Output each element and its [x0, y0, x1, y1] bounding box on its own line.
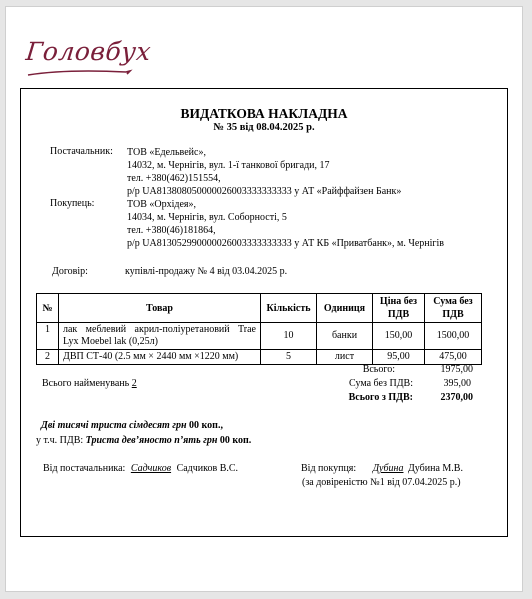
- cell-no: 1: [37, 323, 59, 350]
- grand-total-label: Всього з ПДВ:: [349, 392, 413, 403]
- vat-words: Триста дев’яносто п’ять грн: [86, 435, 218, 446]
- table-header-row: № Товар Кількість Одиниця Ціна без ПДВ С…: [37, 294, 482, 323]
- grand-total-value: 2370,00: [441, 392, 474, 403]
- vat-in-words: у т.ч. ПДВ: Триста дев’яносто п’ять грн …: [36, 435, 251, 446]
- supplier-label: Постачальник:: [50, 146, 113, 157]
- document-subtitle: № 35 від 08.04.2025 р.: [21, 122, 507, 133]
- column-header: Ціна без ПДВ: [373, 294, 425, 323]
- supplier-signature-mark: Садчиков: [131, 463, 171, 474]
- cell-qty: 10: [261, 323, 317, 350]
- buyer-line: ТОВ «Орхідея»,: [127, 198, 444, 211]
- proxy-note: (за довіреністю №1 від 07.04.2025 р.): [302, 477, 461, 488]
- cell-no: 2: [37, 350, 59, 365]
- total-value: 1975,00: [441, 364, 474, 375]
- contract-label: Договір:: [52, 266, 88, 277]
- vat-value: 395,00: [444, 378, 472, 389]
- supplier-signature: Від постачальника: Садчиков Садчиков В.С…: [43, 463, 238, 474]
- items-count-label: Всього найменувань: [42, 378, 129, 389]
- vat-label: Сума без ПДВ:: [349, 378, 413, 389]
- cell-unit: банки: [317, 323, 373, 350]
- contract-value: купівлі-продажу № 4 від 03.04.2025 р.: [125, 266, 287, 277]
- column-header: №: [37, 294, 59, 323]
- table-row: 1 лак меблевий акрил-поліуретановий Trae…: [37, 323, 482, 350]
- buyer-signature: Від покупця: Дубина Дубина М.В.: [301, 463, 463, 474]
- total-label: Всього:: [363, 364, 395, 375]
- logo-swoosh-icon: [26, 65, 136, 79]
- vat-prefix: у т.ч. ПДВ:: [36, 435, 83, 446]
- total-words: Дві тисячі триста сімдесят грн: [41, 420, 187, 431]
- column-header: Сума без ПДВ: [425, 294, 482, 323]
- document-title: ВИДАТКОВА НАКЛАДНА: [21, 106, 507, 122]
- cell-name: ДВП СТ-40 (2.5 мм × 2440 мм ×1220 мм): [59, 350, 261, 365]
- supplier-signer-name: Садчиков В.С.: [177, 463, 239, 474]
- vat-kop: 00 коп.: [220, 435, 251, 446]
- cell-sum: 475,00: [425, 350, 482, 365]
- buyer-signature-label: Від покупця:: [301, 463, 356, 474]
- supplier-signature-label: Від постачальника:: [43, 463, 125, 474]
- supplier-details: ТОВ «Едельвейс», 14032, м. Чернігів, вул…: [127, 146, 401, 198]
- supplier-line: 14032, м. Чернігів, вул. 1-ї танкової бр…: [127, 159, 401, 172]
- column-header: Кількість: [261, 294, 317, 323]
- cell-unit: лист: [317, 350, 373, 365]
- cell-name: лак меблевий акрил-поліуретановий Trae L…: [59, 323, 261, 350]
- items-count-value: 2: [132, 378, 137, 389]
- logo: Головбух: [26, 37, 136, 79]
- buyer-details: ТОВ «Орхідея», 14034, м. Чернігів, вул. …: [127, 198, 444, 250]
- items-count: Всього найменувань 2: [42, 378, 137, 389]
- total-in-words: Дві тисячі триста сімдесят грн 00 коп.,: [41, 420, 223, 431]
- invoice-frame: ВИДАТКОВА НАКЛАДНА № 35 від 08.04.2025 р…: [20, 88, 508, 537]
- cell-price: 150,00: [373, 323, 425, 350]
- cell-sum: 1500,00: [425, 323, 482, 350]
- supplier-line: р/р UA813808050000026003333333333 у АТ «…: [127, 185, 401, 198]
- cell-qty: 5: [261, 350, 317, 365]
- buyer-line: тел. +380(46)181864,: [127, 224, 444, 237]
- total-kop: 00 коп.,: [189, 420, 223, 431]
- column-header: Одиниця: [317, 294, 373, 323]
- supplier-line: ТОВ «Едельвейс»,: [127, 146, 401, 159]
- buyer-signature-mark: Дубина: [373, 463, 404, 474]
- column-header: Товар: [59, 294, 261, 323]
- buyer-line: 14034, м. Чернігів, вул. Соборності, 5: [127, 211, 444, 224]
- logo-text: Головбух: [24, 37, 152, 66]
- items-table: № Товар Кількість Одиниця Ціна без ПДВ С…: [36, 293, 482, 365]
- buyer-line: р/р UA813052990000026003333333333 у АТ К…: [127, 237, 444, 250]
- cell-price: 95,00: [373, 350, 425, 365]
- buyer-signer-name: Дубина М.В.: [408, 463, 463, 474]
- table-row: 2 ДВП СТ-40 (2.5 мм × 2440 мм ×1220 мм) …: [37, 350, 482, 365]
- supplier-line: тел. +380(462)151554,: [127, 172, 401, 185]
- buyer-label: Покупець:: [50, 198, 94, 209]
